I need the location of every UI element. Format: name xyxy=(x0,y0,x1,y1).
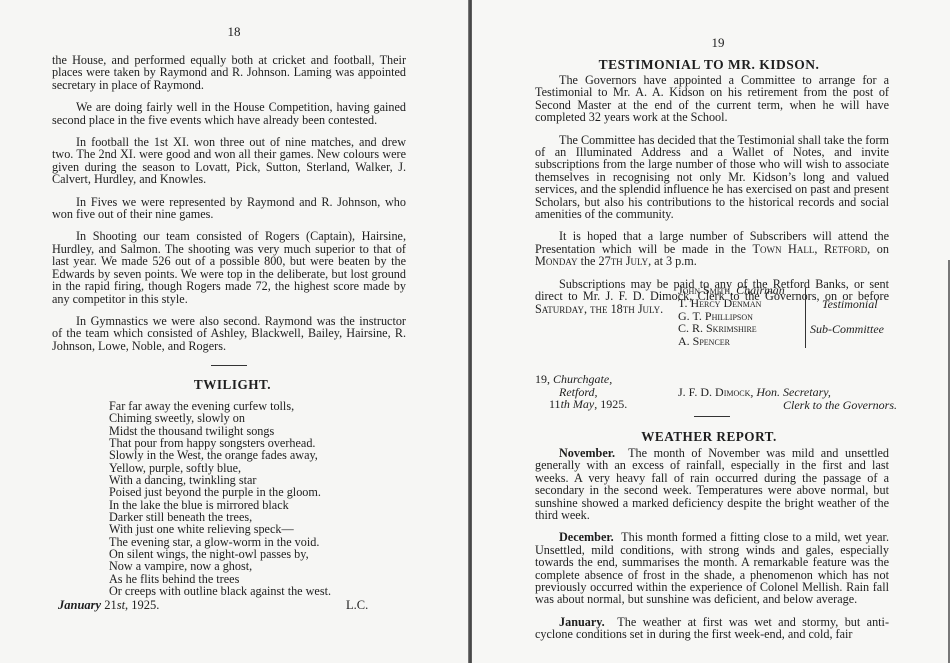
poem-date: January 21st, 1925. xyxy=(58,598,159,613)
poem-line: With just one white relieving speck— xyxy=(109,523,331,535)
poem-title: TWILIGHT. xyxy=(150,377,315,393)
page-number: 18 xyxy=(214,24,254,40)
weather-entry: January. The weather at first was wet an… xyxy=(535,616,889,641)
paragraph: In Gymnastics we were also second. Raymo… xyxy=(52,315,406,352)
poem-line: Chiming sweetly, slowly on xyxy=(109,412,331,424)
committee-list: John Smith, Chairman T. Hercy Denman G. … xyxy=(678,284,785,348)
committee-member: John Smith, Chairman xyxy=(678,284,785,297)
paragraph: In Fives we were represented by Raymond … xyxy=(52,196,406,221)
committee-brace xyxy=(805,288,806,348)
committee-member: A. Spencer xyxy=(678,335,785,348)
section-divider xyxy=(694,416,730,417)
weather-title: WEATHER REPORT. xyxy=(572,429,846,445)
paragraph: The Governors have appointed a Committee… xyxy=(535,74,889,124)
poem-body: Far far away the evening curfew tolls, C… xyxy=(109,400,331,598)
poem-line: Slowly in the West, the orange fades awa… xyxy=(109,449,331,461)
weather-section: November. The month of November was mild… xyxy=(535,447,889,651)
address-block: 19, Churchgate, Retford, 11th May, 1925. xyxy=(535,373,627,411)
weather-entry: November. The month of November was mild… xyxy=(535,447,889,521)
paragraph: In football the 1st XI. won three out of… xyxy=(52,136,406,186)
committee-member: T. Hercy Denman xyxy=(678,297,785,310)
secretary-signature: J. F. D. Dimock, Hon. Secretary, Clerk t… xyxy=(678,386,897,411)
paragraph: the House, and performed equally both at… xyxy=(52,54,406,91)
poem-line: Or creeps with outline black against the… xyxy=(109,585,331,597)
section-divider xyxy=(211,365,247,366)
left-page: 18 the House, and performed equally both… xyxy=(0,0,469,663)
paragraph: We are doing fairly well in the House Co… xyxy=(52,101,406,126)
presentation-paragraph: It is hoped that a large number of Subsc… xyxy=(535,230,889,267)
school-news-section: the House, and performed equally both at… xyxy=(52,54,406,362)
poem-line: Poised just beyond the purple in the glo… xyxy=(109,486,331,498)
poem-line: Now a vampire, now a ghost, xyxy=(109,560,331,572)
poem-author: L.C. xyxy=(346,598,368,613)
right-page: 19 TESTIMONIAL TO MR. KIDSON. The Govern… xyxy=(472,0,950,663)
committee-label: Sub-Committee xyxy=(810,322,884,337)
testimonial-title: TESTIMONIAL TO MR. KIDSON. xyxy=(532,57,886,73)
paragraph: In Shooting our team consisted of Rogers… xyxy=(52,230,406,304)
committee-label: Testimonial xyxy=(822,297,878,312)
paragraph: The Committee has decided that the Testi… xyxy=(535,134,889,221)
weather-entry: December. This month formed a fitting cl… xyxy=(535,531,889,605)
page-number: 19 xyxy=(698,35,738,51)
